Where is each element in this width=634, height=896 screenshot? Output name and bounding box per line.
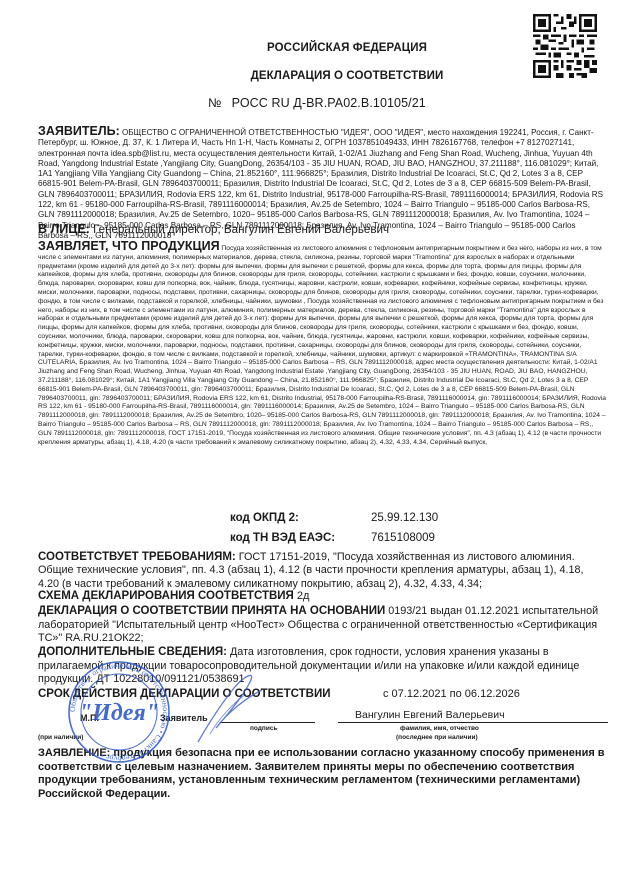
tnved-code-value: 7615108009	[371, 532, 435, 544]
representative-label: В ЛИЦЕ:	[38, 222, 90, 236]
extra-info-label: ДОПОЛНИТЕЛЬНЫЕ СВЕДЕНИЯ:	[38, 646, 227, 658]
representative-section: В ЛИЦЕ: Генеральный директор, Вангулин Е…	[38, 222, 606, 236]
scheme-section: СХЕМА ДЕКЛАРИРОВАНИЯ СООТВЕТСТВИЯ 2д	[38, 590, 606, 602]
basis-section: ДЕКЛАРАЦИЯ О СООТВЕТСТВИИ ПРИНЯТА НА ОСН…	[38, 605, 606, 646]
product-text: Посуда хозяйственная из листового алюмин…	[38, 245, 606, 446]
name-caption-2: (последнее при наличии)	[396, 734, 478, 741]
name-caption-1: фамилия, имя, отчество	[400, 725, 479, 732]
validity-value: с 07.12.2021 по 06.12.2026	[383, 688, 520, 700]
signatory-name: Вангулин Евгений Валерьевич	[355, 709, 505, 721]
okpd-code-value: 25.99.12.130	[371, 512, 438, 524]
requirements-label: СООТВЕТСТВУЕТ ТРЕБОВАНИЯМ:	[38, 551, 236, 563]
declaration-document: РОССИЙСКАЯ ФЕДЕРАЦИЯ ДЕКЛАРАЦИЯ О СООТВЕ…	[0, 0, 634, 896]
basis-label: ДЕКЛАРАЦИЯ О СООТВЕТСТВИИ ПРИНЯТА НА ОСН…	[38, 605, 385, 617]
applicant-label: ЗАЯВИТЕЛЬ:	[38, 124, 120, 138]
qr-code-icon	[533, 14, 597, 78]
handwritten-signature-icon	[188, 668, 278, 746]
product-label: ЗАЯВЛЯЕТ, ЧТО ПРОДУКЦИЯ	[38, 239, 220, 253]
name-line	[338, 722, 608, 723]
number-sign: №	[208, 96, 222, 110]
declaration-number: №РОСС RU Д-BR.PA02.B.10105/21	[0, 96, 634, 110]
product-section: ЗАЯВЛЯЕТ, ЧТО ПРОДУКЦИЯ Посуда хозяйстве…	[38, 242, 606, 447]
scheme-label: СХЕМА ДЕКЛАРИРОВАНИЯ СООТВЕТСТВИЯ	[38, 590, 294, 602]
scheme-value: 2д	[297, 590, 310, 602]
requirements-section: СООТВЕТСТВУЕТ ТРЕБОВАНИЯМ: ГОСТ 17151-20…	[38, 551, 606, 591]
tnved-code-label: код ТН ВЭД ЕАЭС:	[230, 532, 360, 544]
number-value: РОСС RU Д-BR.PA02.B.10105/21	[232, 96, 426, 110]
svg-text:"Идея": "Идея"	[79, 700, 159, 726]
representative-text: Генеральный директор, Вангулин Евгений В…	[93, 223, 389, 236]
company-stamp-icon: Общество с ограниченной ответственностью…	[58, 660, 180, 764]
okpd-code-label: код ОКПД 2:	[230, 512, 360, 524]
